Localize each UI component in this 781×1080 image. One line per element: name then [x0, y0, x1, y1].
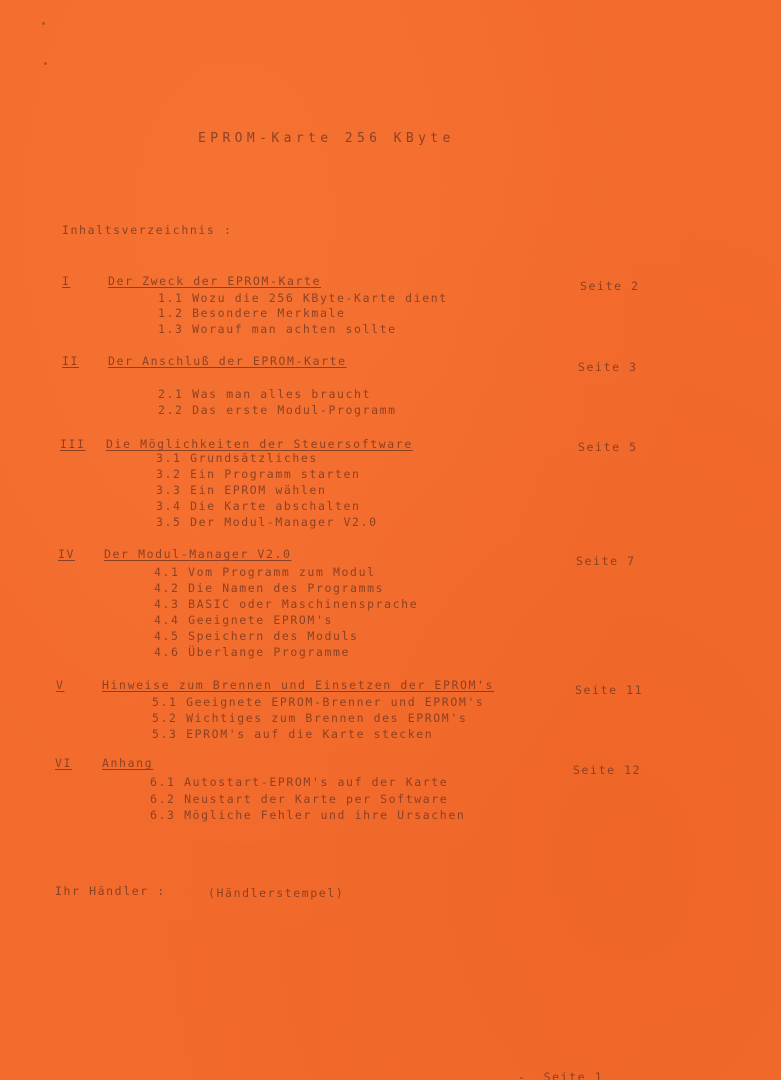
section-number: II — [62, 354, 79, 368]
footer-page-number: - Seite 1 — [518, 1070, 603, 1080]
toc-item: 4.6 Überlange Programme — [154, 645, 350, 659]
toc-item: 1.2 Besondere Merkmale — [158, 306, 346, 320]
section-page: Seite 3 — [578, 360, 638, 374]
toc-item: 6.2 Neustart der Karte per Software — [150, 792, 448, 806]
toc-item: 2.1 Was man alles braucht — [158, 387, 371, 401]
toc-item: 5.3 EPROM's auf die Karte stecken — [152, 727, 433, 741]
section-number: IV — [58, 547, 75, 561]
toc-item: 3.2 Ein Programm starten — [156, 467, 361, 481]
section-page: Seite 7 — [576, 554, 636, 568]
section-page: Seite 2 — [580, 279, 640, 293]
toc-item: 3.3 Ein EPROM wählen — [156, 483, 326, 497]
section-title: Der Anschluß der EPROM-Karte — [108, 354, 347, 368]
punch-mark — [42, 22, 45, 25]
toc-heading: Inhaltsverzeichnis : — [62, 223, 232, 237]
dealer-label: Ihr Händler : — [55, 884, 166, 898]
dealer-stamp: (Händlerstempel) — [208, 886, 344, 900]
document-page: EPROM-Karte 256 KByte Inhaltsverzeichnis… — [0, 0, 781, 1080]
punch-mark — [44, 62, 47, 65]
document-title: EPROM-Karte 256 KByte — [198, 131, 455, 146]
toc-item: 4.3 BASIC oder Maschinensprache — [154, 597, 418, 611]
toc-item: 2.2 Das erste Modul-Programm — [158, 403, 397, 417]
toc-item: 4.2 Die Namen des Programms — [154, 581, 384, 595]
toc-item: 4.5 Speichern des Moduls — [154, 629, 359, 643]
toc-item: 4.1 Vom Programm zum Modul — [154, 565, 376, 579]
section-title: Hinweise zum Brennen und Einsetzen der E… — [102, 678, 494, 692]
toc-item: 1.3 Worauf man achten sollte — [158, 322, 397, 336]
toc-item: 3.5 Der Modul-Manager V2.0 — [156, 515, 378, 529]
section-title: Anhang — [102, 756, 153, 770]
section-title: Die Möglichkeiten der Steuersoftware — [106, 437, 413, 451]
section-page: Seite 12 — [573, 763, 641, 777]
section-number: III — [60, 437, 86, 451]
section-title: Der Zweck der EPROM-Karte — [108, 274, 321, 288]
section-number: V — [56, 678, 65, 692]
toc-item: 5.2 Wichtiges zum Brennen des EPROM's — [152, 711, 467, 725]
toc-item: 1.1 Wozu die 256 KByte-Karte dient — [158, 291, 448, 305]
toc-item: 3.1 Grundsätzliches — [156, 451, 318, 465]
section-number: VI — [55, 756, 72, 770]
toc-item: 6.3 Mögliche Fehler und ihre Ursachen — [150, 808, 465, 822]
toc-item: 4.4 Geeignete EPROM's — [154, 613, 333, 627]
section-page: Seite 5 — [578, 440, 638, 454]
section-page: Seite 11 — [575, 683, 643, 697]
toc-item: 5.1 Geeignete EPROM-Brenner und EPROM's — [152, 695, 484, 709]
section-title: Der Modul-Manager V2.0 — [104, 547, 292, 561]
section-number: I — [62, 274, 71, 288]
toc-item: 6.1 Autostart-EPROM's auf der Karte — [150, 775, 448, 789]
toc-item: 3.4 Die Karte abschalten — [156, 499, 361, 513]
